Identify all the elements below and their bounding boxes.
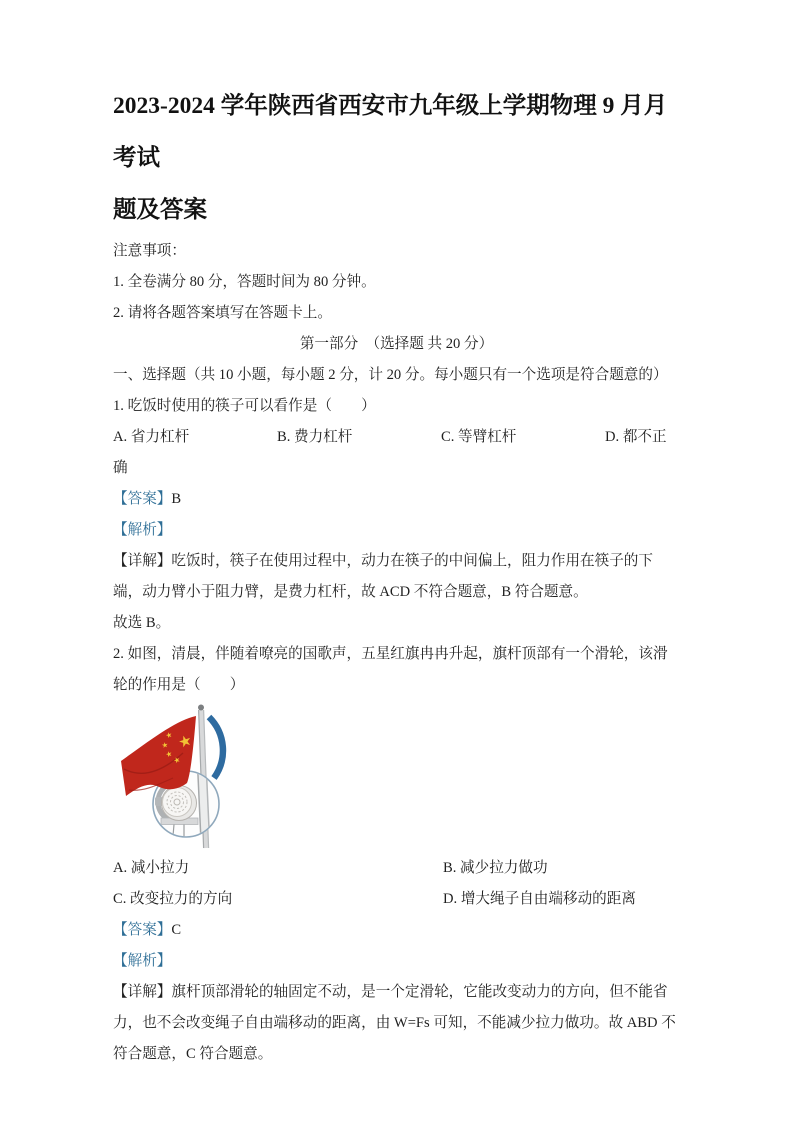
question-2-option-d: D. 增大绳子自由端移动的距离	[443, 891, 636, 907]
notice-heading: 注意事项：	[113, 236, 680, 267]
flag-pulley-figure: ★ ★ ★ ★ ★	[115, 701, 680, 853]
question-2-analysis-label: 【解析】	[113, 946, 680, 977]
question-2-option-c: C. 改变拉力的方向	[113, 884, 443, 915]
question-2-option-b: B. 减少拉力做功	[443, 860, 548, 876]
question-1-option-b: B. 费力杠杆	[277, 422, 441, 453]
question-2-stem: 2. 如图，清晨，伴随着嘹亮的国歌声，五星红旗冉冉升起，旗杆顶部有一个滑轮，该滑…	[113, 639, 680, 701]
question-1-detail: 【详解】吃饭时，筷子在使用过程中，动力在筷子的中间偏上，阻力作用在筷子的下端，动…	[113, 546, 680, 608]
question-2-answer-line: 【答案】C	[113, 915, 680, 946]
question-2-detail: 【详解】旗杆顶部滑轮的轴固定不动，是一个定滑轮，它能改变动力的方向，但不能省力，…	[113, 977, 680, 1070]
question-1-option-c: C. 等臂杠杆	[441, 422, 605, 453]
question-1-option-a: A. 省力杠杆	[113, 422, 277, 453]
magnifier-swoosh-icon	[209, 717, 223, 778]
answer-label: 【答案】	[113, 922, 171, 938]
page-title-line2: 题及答案	[113, 184, 680, 236]
exam-document-page: 2023-2024 学年陕西省西安市九年级上学期物理 9 月月考试 题及答案 注…	[0, 0, 793, 1122]
answer-label: 【答案】	[113, 491, 171, 507]
question-2-options-row-2: C. 改变拉力的方向D. 增大绳子自由端移动的距离	[113, 884, 680, 915]
page-title: 2023-2024 学年陕西省西安市九年级上学期物理 9 月月考试 题及答案	[113, 80, 680, 236]
question-1-answer-value: B	[171, 491, 181, 507]
notice-item-2: 2. 请将各题答案填写在答题卡上。	[113, 298, 680, 329]
question-2-options-row-1: A. 减小拉力B. 减少拉力做功	[113, 853, 680, 884]
question-1-options: A. 省力杠杆B. 费力杠杆C. 等臂杠杆D. 都不正确	[113, 422, 680, 484]
question-1-answer-line: 【答案】B	[113, 484, 680, 515]
question-1-conclusion: 故选 B。	[113, 608, 680, 639]
question-1-stem: 1. 吃饭时使用的筷子可以看作是（ ）	[113, 391, 680, 422]
question-2-answer-value: C	[171, 922, 181, 938]
question-2-option-a: A. 减小拉力	[113, 853, 443, 884]
flag-icon: ★ ★ ★ ★ ★	[121, 716, 196, 796]
section-one-heading: 一、选择题（共 10 小题，每小题 2 分，计 20 分。每小题只有一个选项是符…	[113, 360, 680, 391]
page-title-line1: 2023-2024 学年陕西省西安市九年级上学期物理 9 月月考试	[113, 80, 680, 184]
notice-item-1: 1. 全卷满分 80 分，答题时间为 80 分钟。	[113, 267, 680, 298]
question-1-analysis-label: 【解析】	[113, 515, 680, 546]
flag-pulley-figure-svg: ★ ★ ★ ★ ★	[115, 701, 243, 853]
part-heading: 第一部分 （选择题 共 20 分）	[113, 329, 680, 360]
